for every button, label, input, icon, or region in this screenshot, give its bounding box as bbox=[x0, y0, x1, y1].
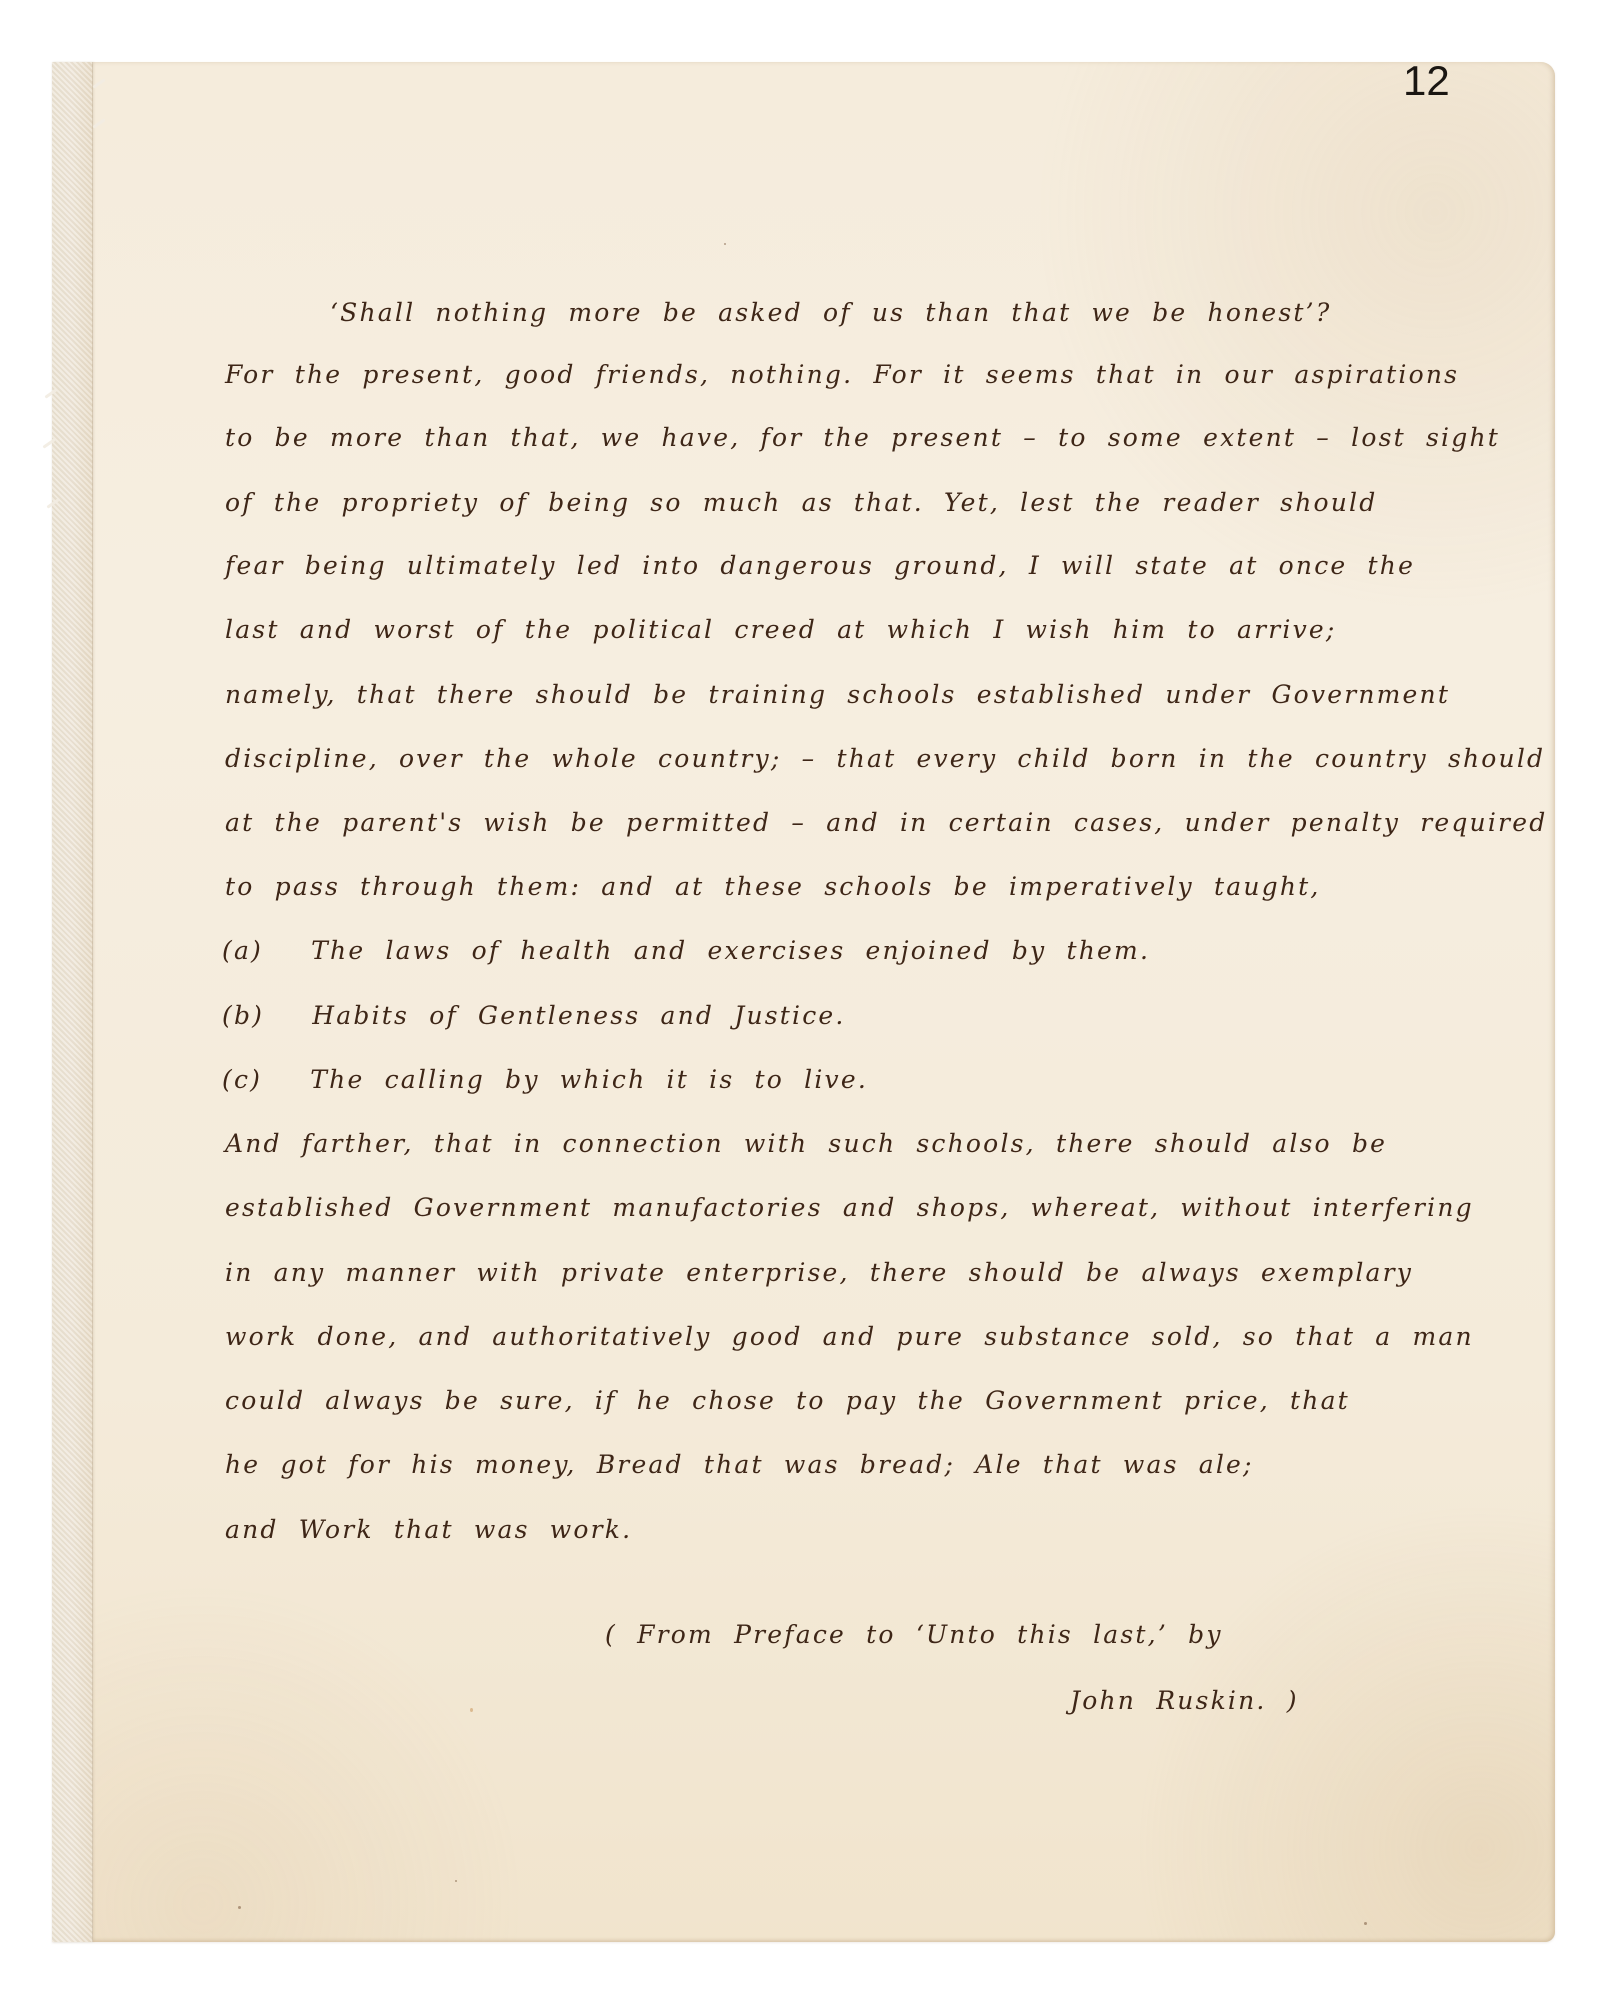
continuation-line: And farther, that in connection with suc… bbox=[225, 1131, 1387, 1156]
body-line: to pass through them: and at these schoo… bbox=[225, 874, 1321, 899]
body-line: last and worst of the political creed at… bbox=[225, 617, 1337, 642]
continuation-line: and Work that was work. bbox=[225, 1517, 632, 1542]
continuation-line: work done, and authoritatively good and … bbox=[225, 1324, 1474, 1349]
paper-speck bbox=[1364, 1922, 1367, 1925]
list-item-a: (a) The laws of health and exercises enj… bbox=[222, 938, 1150, 963]
opening-quote-line: ‘Shall nothing more be asked of us than … bbox=[330, 300, 1331, 325]
list-item-b: (b) Habits of Gentleness and Justice. bbox=[222, 1003, 846, 1028]
body-line: fear being ultimately led into dangerous… bbox=[225, 553, 1415, 578]
continuation-line: could always be sure, if he chose to pay… bbox=[225, 1388, 1350, 1413]
continuation-line: he got for his money, Bread that was bre… bbox=[225, 1452, 1254, 1477]
frayed-thread bbox=[42, 438, 55, 448]
attribution-author: John Ruskin. ) bbox=[1070, 1688, 1299, 1713]
list-text: Habits of Gentleness and Justice. bbox=[312, 1001, 845, 1030]
body-line: of the propriety of being so much as tha… bbox=[225, 490, 1377, 515]
body-line: discipline, over the whole country; – th… bbox=[225, 746, 1545, 771]
attribution-source: ( From Preface to ‘Unto this last,’ by bbox=[605, 1622, 1223, 1647]
continuation-line: established Government manufactories and… bbox=[225, 1195, 1474, 1220]
body-line: For the present, good friends, nothing. … bbox=[225, 362, 1459, 387]
paper-speck bbox=[470, 1708, 473, 1712]
continuation-line: in any manner with private enterprise, t… bbox=[225, 1260, 1413, 1285]
body-line: namely, that there should be training sc… bbox=[225, 682, 1450, 707]
paper-speck bbox=[724, 243, 726, 245]
frayed-thread bbox=[44, 388, 57, 398]
paper-speck bbox=[238, 1906, 241, 1909]
fabric-binding-strip bbox=[52, 62, 93, 1942]
list-text: The laws of health and exercises enjoine… bbox=[311, 936, 1150, 965]
list-text: The calling by which it is to live. bbox=[310, 1065, 868, 1094]
list-marker: (b) bbox=[222, 1001, 264, 1030]
list-item-c: (c) The calling by which it is to live. bbox=[222, 1067, 868, 1092]
list-marker: (a) bbox=[222, 936, 263, 965]
body-line: to be more than that, we have, for the p… bbox=[225, 425, 1500, 450]
paper-speck bbox=[455, 1880, 457, 1882]
list-marker: (c) bbox=[222, 1065, 262, 1094]
body-line: at the parent's wish be permitted – and … bbox=[225, 810, 1547, 835]
page-number: 12 bbox=[1403, 60, 1450, 102]
frayed-thread bbox=[46, 498, 59, 508]
